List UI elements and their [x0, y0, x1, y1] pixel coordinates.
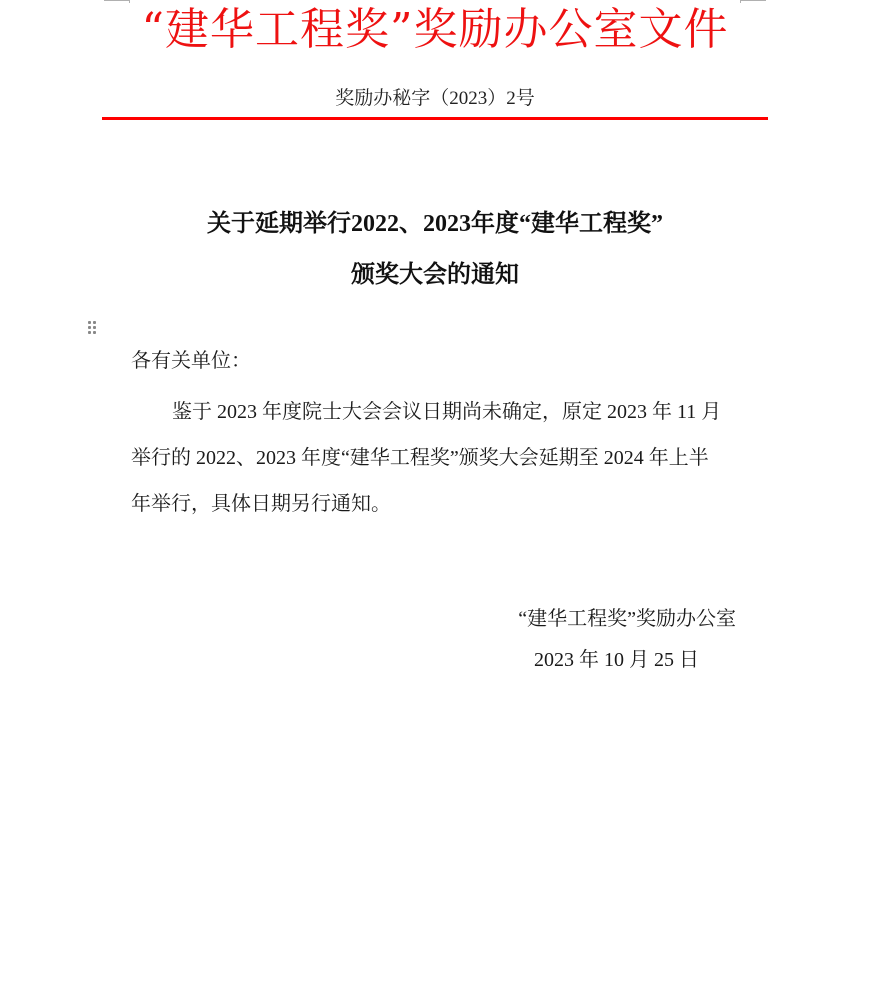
body-line-1: 鉴于 2023 年度院士大会会议日期尚未确定，原定 2023 年 11 月 — [172, 398, 782, 426]
notice-title-line-2: 颁奖大会的通知 — [0, 259, 870, 291]
header-red-rule — [102, 117, 768, 120]
crop-mark-right — [740, 0, 766, 1]
document-header-title: “建华工程奖”奖励办公室文件 — [0, 2, 870, 58]
drag-handle-icon[interactable] — [88, 321, 96, 335]
body-line-3: 年举行，具体日期另行通知。 — [131, 490, 741, 518]
salutation: 各有关单位： — [131, 347, 251, 375]
signature-organization: “建华工程奖”奖励办公室 — [518, 605, 736, 633]
crop-mark-left — [104, 0, 130, 1]
document-number: 奖励办秘字（2023）2号 — [0, 86, 870, 112]
signature-date: 2023 年 10 月 25 日 — [534, 646, 699, 674]
notice-title-line-1: 关于延期举行2022、2023年度“建华工程奖” — [0, 208, 870, 240]
body-line-2: 举行的 2022、2023 年度“建华工程奖”颁奖大会延期至 2024 年上半 — [131, 444, 741, 472]
